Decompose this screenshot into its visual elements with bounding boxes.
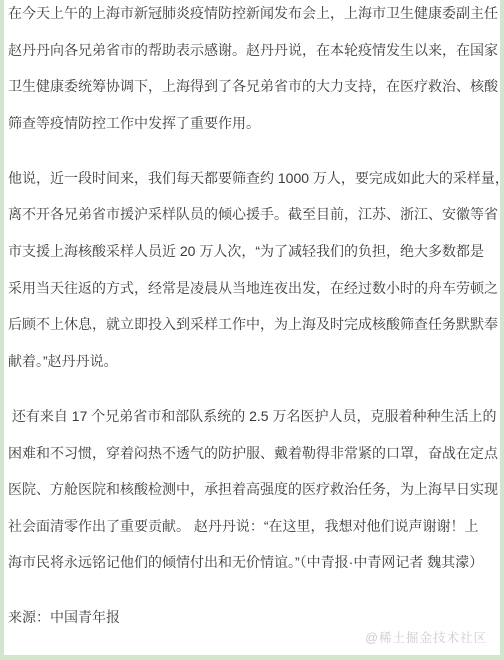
article-line: 市支援上海核酸采样人员近 20 万人次，“为了减轻我们的负担，绝大多数都是 (8, 233, 498, 270)
article-line: 献着。”赵丹丹说。 (8, 343, 498, 380)
article-line: 卫生健康委统筹协调下，上海得到了各兄弟省市的大力支持，在医疗救治、核酸 (8, 68, 498, 105)
article-body: 在今天上午的上海市新冠肺炎疫情防控新闻发布会上，上海市卫生健康委副主任 赵丹丹向… (4, 0, 500, 636)
article-line: 还有来自 17 个兄弟省市和部队系统的 2.5 万名医护人员，克服着种种生活上的 (8, 398, 498, 435)
article-page: 在今天上午的上海市新冠肺炎疫情防控新闻发布会上，上海市卫生健康委副主任 赵丹丹向… (0, 0, 504, 660)
article-line: 困难和不习惯，穿着闷热不透气的防护服、戴着勒得非常紧的口罩，奋战在定点 (8, 435, 498, 472)
article-line: 赵丹丹向各兄弟省市的帮助表示感谢。赵丹丹说，在本轮疫情发生以来，在国家 (8, 32, 498, 69)
article-paragraph-3: 还有来自 17 个兄弟省市和部队系统的 2.5 万名医护人员，克服着种种生活上的… (8, 398, 498, 581)
article-line: 在今天上午的上海市新冠肺炎疫情防控新闻发布会上，上海市卫生健康委副主任 (8, 0, 498, 32)
article-line: 采用当天往返的方式，经常是凌晨从当地连夜出发，在经过数小时的舟车劳顿之 (8, 270, 498, 307)
watermark: @稀土掘金技术社区 (365, 628, 487, 646)
article-line: 医院、方舱医院和核酸检测中，承担着高强度的医疗救治任务，为上海早日实现 (8, 471, 498, 508)
article-line: 海市民将永远铭记他们的倾情付出和无价情谊。”（中青报·中青网记者 魏其濛） (8, 544, 498, 581)
article-paragraph-2: 他说，近一段时间来，我们每天都要筛查约 1000 万人，要完成如此大的采样量， … (8, 160, 498, 380)
article-line: 社会面清零作出了重要贡献。 赵丹丹说：“在这里，我想对他们说声谢谢！上 (8, 508, 498, 545)
article-line: 筛查等疫情防控工作中发挥了重要作用。 (8, 105, 498, 142)
article-line: 离不开各兄弟省市援沪采样队员的倾心援手。截至目前，江苏、浙江、安徽等省 (8, 196, 498, 233)
article-paragraph-1: 在今天上午的上海市新冠肺炎疫情防控新闻发布会上，上海市卫生健康委副主任 赵丹丹向… (8, 0, 498, 141)
article-line: 后顾不上休息，就立即投入到采样工作中，为上海及时完成核酸筛查任务默默奉 (8, 306, 498, 343)
article-line: 他说，近一段时间来，我们每天都要筛查约 1000 万人，要完成如此大的采样量， (8, 160, 498, 197)
